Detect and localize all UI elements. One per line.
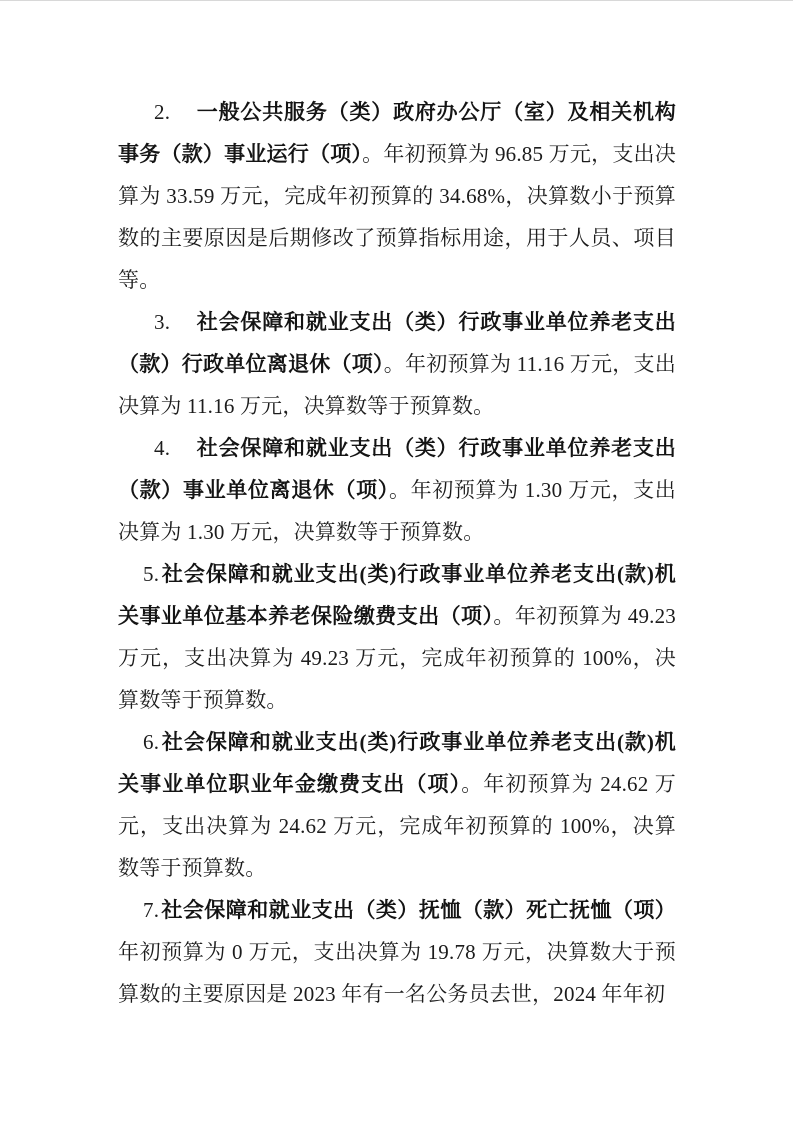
paragraph-item-7: 7.社会保障和就业支出（类）抚恤（款）死亡抚恤（项）年初预算为 0 万元，支出决…: [118, 889, 676, 1015]
budget-item-heading: 社会保障和就业支出（类）抚恤（款）死亡抚恤（项）: [161, 898, 676, 922]
item-number: 4.: [154, 436, 170, 460]
paragraph-item-6: 6.社会保障和就业支出(类)行政事业单位养老支出(款)机关事业单位职业年金缴费支…: [118, 721, 676, 889]
document-page: 2.一般公共服务（类）政府办公厅（室）及相关机构事务（款）事业运行（项）。年初预…: [0, 0, 793, 1122]
paragraph-item-3: 3.社会保障和就业支出（类）行政事业单位养老支出（款）行政单位离退休（项）。年初…: [118, 301, 676, 427]
paragraph-item-4: 4.社会保障和就业支出（类）行政事业单位养老支出（款）事业单位离退休（项）。年初…: [118, 427, 676, 553]
item-number: 7.: [143, 898, 159, 922]
item-number: 6.: [143, 730, 159, 754]
paragraph-item-5: 5.社会保障和就业支出(类)行政事业单位养老支出(款)机关事业单位基本养老保险缴…: [118, 553, 676, 721]
paragraph-body: 年初预算为 0 万元，支出决算为 19.78 万元，决算数大于预算数的主要原因是…: [118, 940, 676, 1006]
document-content: 2.一般公共服务（类）政府办公厅（室）及相关机构事务（款）事业运行（项）。年初预…: [118, 91, 676, 1015]
item-number: 5.: [143, 562, 159, 586]
paragraph-item-2: 2.一般公共服务（类）政府办公厅（室）及相关机构事务（款）事业运行（项）。年初预…: [118, 91, 676, 301]
item-number: 2.: [154, 100, 170, 124]
item-number: 3.: [154, 310, 170, 334]
